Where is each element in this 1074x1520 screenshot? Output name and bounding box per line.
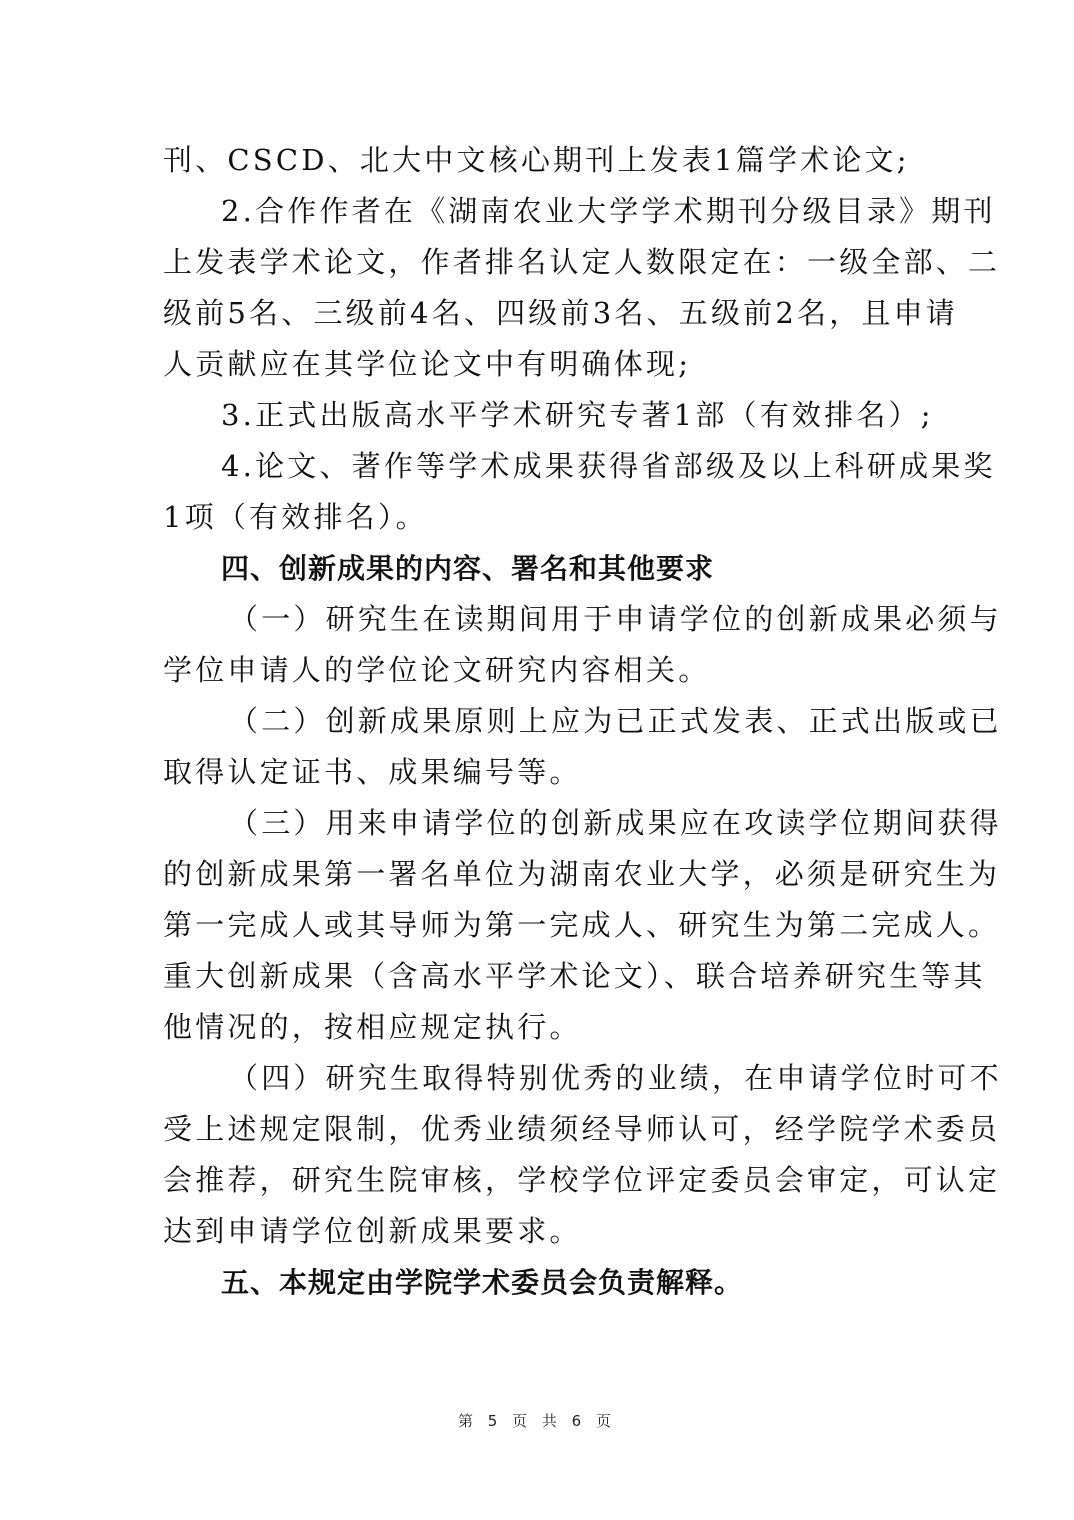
list-item-2-line: 2.合作作者在《湖南农业大学学术期刊分级目录》期刊 — [163, 186, 911, 237]
subsection-3-line: （三）用来申请学位的创新成果应在攻读学位期间获得 — [163, 798, 911, 849]
document-page: 刊、CSCD、北大中文核心期刊上发表1篇学术论文; 2.合作作者在《湖南农业大学… — [163, 135, 911, 1308]
section-heading-4: 四、创新成果的内容、署名和其他要求 — [163, 543, 911, 594]
paragraph-line: 取得认定证书、成果编号等。 — [163, 747, 911, 798]
paragraph-line: 人贡献应在其学位论文中有明确体现; — [163, 339, 911, 390]
page-number-footer: 第 5 页 共 6 页 — [0, 1410, 1074, 1431]
paragraph-line: 刊、CSCD、北大中文核心期刊上发表1篇学术论文; — [163, 135, 911, 186]
paragraph-line: 会推荐，研究生院审核，学校学位评定委员会审定，可认定 — [163, 1155, 911, 1206]
subsection-4-line: （四）研究生取得特别优秀的业绩，在申请学位时可不 — [163, 1053, 911, 1104]
section-heading-5: 五、本规定由学院学术委员会负责解释。 — [163, 1257, 911, 1308]
paragraph-line: 的创新成果第一署名单位为湖南农业大学，必须是研究生为 — [163, 849, 911, 900]
paragraph-line: 第一完成人或其导师为第一完成人、研究生为第二完成人。 — [163, 900, 911, 951]
paragraph-line: 学位申请人的学位论文研究内容相关。 — [163, 645, 911, 696]
paragraph-line: 达到申请学位创新成果要求。 — [163, 1206, 911, 1257]
paragraph-line: 级前5名、三级前4名、四级前3名、五级前2名，且申请 — [163, 288, 911, 339]
paragraph-line: 受上述规定限制，优秀业绩须经导师认可，经学院学术委员 — [163, 1104, 911, 1155]
paragraph-line: 他情况的，按相应规定执行。 — [163, 1002, 911, 1053]
list-item-3-line: 3.正式出版高水平学术研究专著1部（有效排名）; — [163, 390, 911, 441]
paragraph-line: 重大创新成果（含高水平学术论文）、联合培养研究生等其 — [163, 951, 911, 1002]
list-item-4-line: 4.论文、著作等学术成果获得省部级及以上科研成果奖 — [163, 441, 911, 492]
subsection-1-line: （一）研究生在读期间用于申请学位的创新成果必须与 — [163, 594, 911, 645]
paragraph-line: 1项（有效排名）。 — [163, 492, 911, 543]
subsection-2-line: （二）创新成果原则上应为已正式发表、正式出版或已 — [163, 696, 911, 747]
paragraph-line: 上发表学术论文，作者排名认定人数限定在：一级全部、二 — [163, 237, 911, 288]
